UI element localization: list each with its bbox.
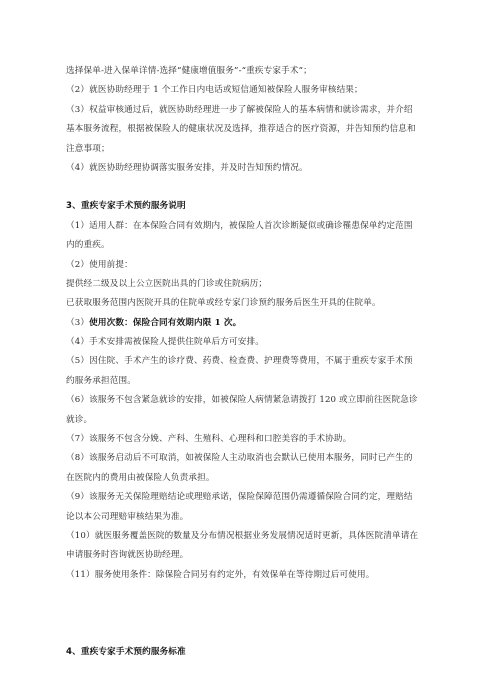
paragraph-line: 基本服务流程，根据被保险人的健康状况及选择，推荐适合的医疗资源，并告知预约信息和 bbox=[66, 120, 426, 139]
usage-count-line: （3）使用次数：保险合同有效期内限 1 次。 bbox=[66, 314, 426, 333]
spacer bbox=[66, 585, 426, 643]
paragraph-line: （2）就医协助经理于 1 个工作日内电话或短信通知被保险人服务审核结果； bbox=[66, 81, 426, 100]
paragraph-line: 申请服务时咨询就医协助经理。 bbox=[66, 546, 426, 565]
paragraph-line: 论以本公司理赔审核结果为准。 bbox=[66, 508, 426, 527]
paragraph-line: （9）该服务无关保险理赔结论或理赔承诺，保险保障范围仍需遵循保险合同约定，理赔结 bbox=[66, 488, 426, 507]
paragraph-line: 就诊。 bbox=[66, 411, 426, 430]
paragraph-line: （5）因住院、手术产生的诊疗费、药费、检查费、护理费等费用，不属于重疾专家手术预 bbox=[66, 352, 426, 371]
item-number: （3） bbox=[66, 318, 89, 328]
paragraph-line: （10）就医服务覆盖医院的数量及分布情况根据业务发展情况适时更新，具体医院清单请… bbox=[66, 527, 426, 546]
paragraph-line: 选择保单-进入保单详情-选择“健康增值服务”-“重疾专家手术”； bbox=[66, 62, 426, 81]
usage-count-text: 使用次数：保险合同有效期内限 1 次。 bbox=[89, 318, 241, 328]
section-heading-4: 4、重疾专家手术预约服务标准 bbox=[66, 643, 426, 662]
spacer bbox=[66, 178, 426, 197]
paragraph-line: 内的重疾。 bbox=[66, 236, 426, 255]
paragraph-line: （6）该服务不包含紧急就诊的安排，如被保险人病情紧急请拨打 120 或立即前往医… bbox=[66, 391, 426, 410]
paragraph-line: （11）服务使用条件：除保险合同另有约定外，有效保单在等待期过后可使用。 bbox=[66, 566, 426, 585]
paragraph-line: （1）适用人群：在本保险合同有效期内，被保险人首次诊断疑似或确诊罹患保单约定范围 bbox=[66, 217, 426, 236]
paragraph-line: 提供经二级及以上公立医院出具的门诊或住院病历； bbox=[66, 275, 426, 294]
paragraph-line: （4）手术安排需被保险人提供住院单后方可安排。 bbox=[66, 333, 426, 352]
paragraph-line: （7）该服务不包含分娩、产科、生殖科、心理科和口腔美容的手术协助。 bbox=[66, 430, 426, 449]
paragraph-line: （4）就医协助经理协调落实服务安排，并及时告知预约情况。 bbox=[66, 159, 426, 178]
paragraph-line: 已获取服务范围内医院开具的住院单或经专家门诊预约服务后医生开具的住院单。 bbox=[66, 294, 426, 313]
document-page: 选择保单-进入保单详情-选择“健康增值服务”-“重疾专家手术”； （2）就医协助… bbox=[66, 62, 426, 663]
paragraph-line: 注意事项； bbox=[66, 140, 426, 159]
section-heading-3: 3、重疾专家手术预约服务说明 bbox=[66, 197, 426, 216]
paragraph-line: 约服务承担范围。 bbox=[66, 372, 426, 391]
paragraph-line: 在医院内的费用由被保险人负责承担。 bbox=[66, 469, 426, 488]
paragraph-line: （8）该服务启动后不可取消，如被保险人主动取消也会默认已使用本服务，同时已产生的 bbox=[66, 449, 426, 468]
paragraph-line: （3）权益审核通过后，就医协助经理进一步了解被保险人的基本病情和就诊需求，并介绍 bbox=[66, 101, 426, 120]
paragraph-line: （2）使用前提： bbox=[66, 256, 426, 275]
